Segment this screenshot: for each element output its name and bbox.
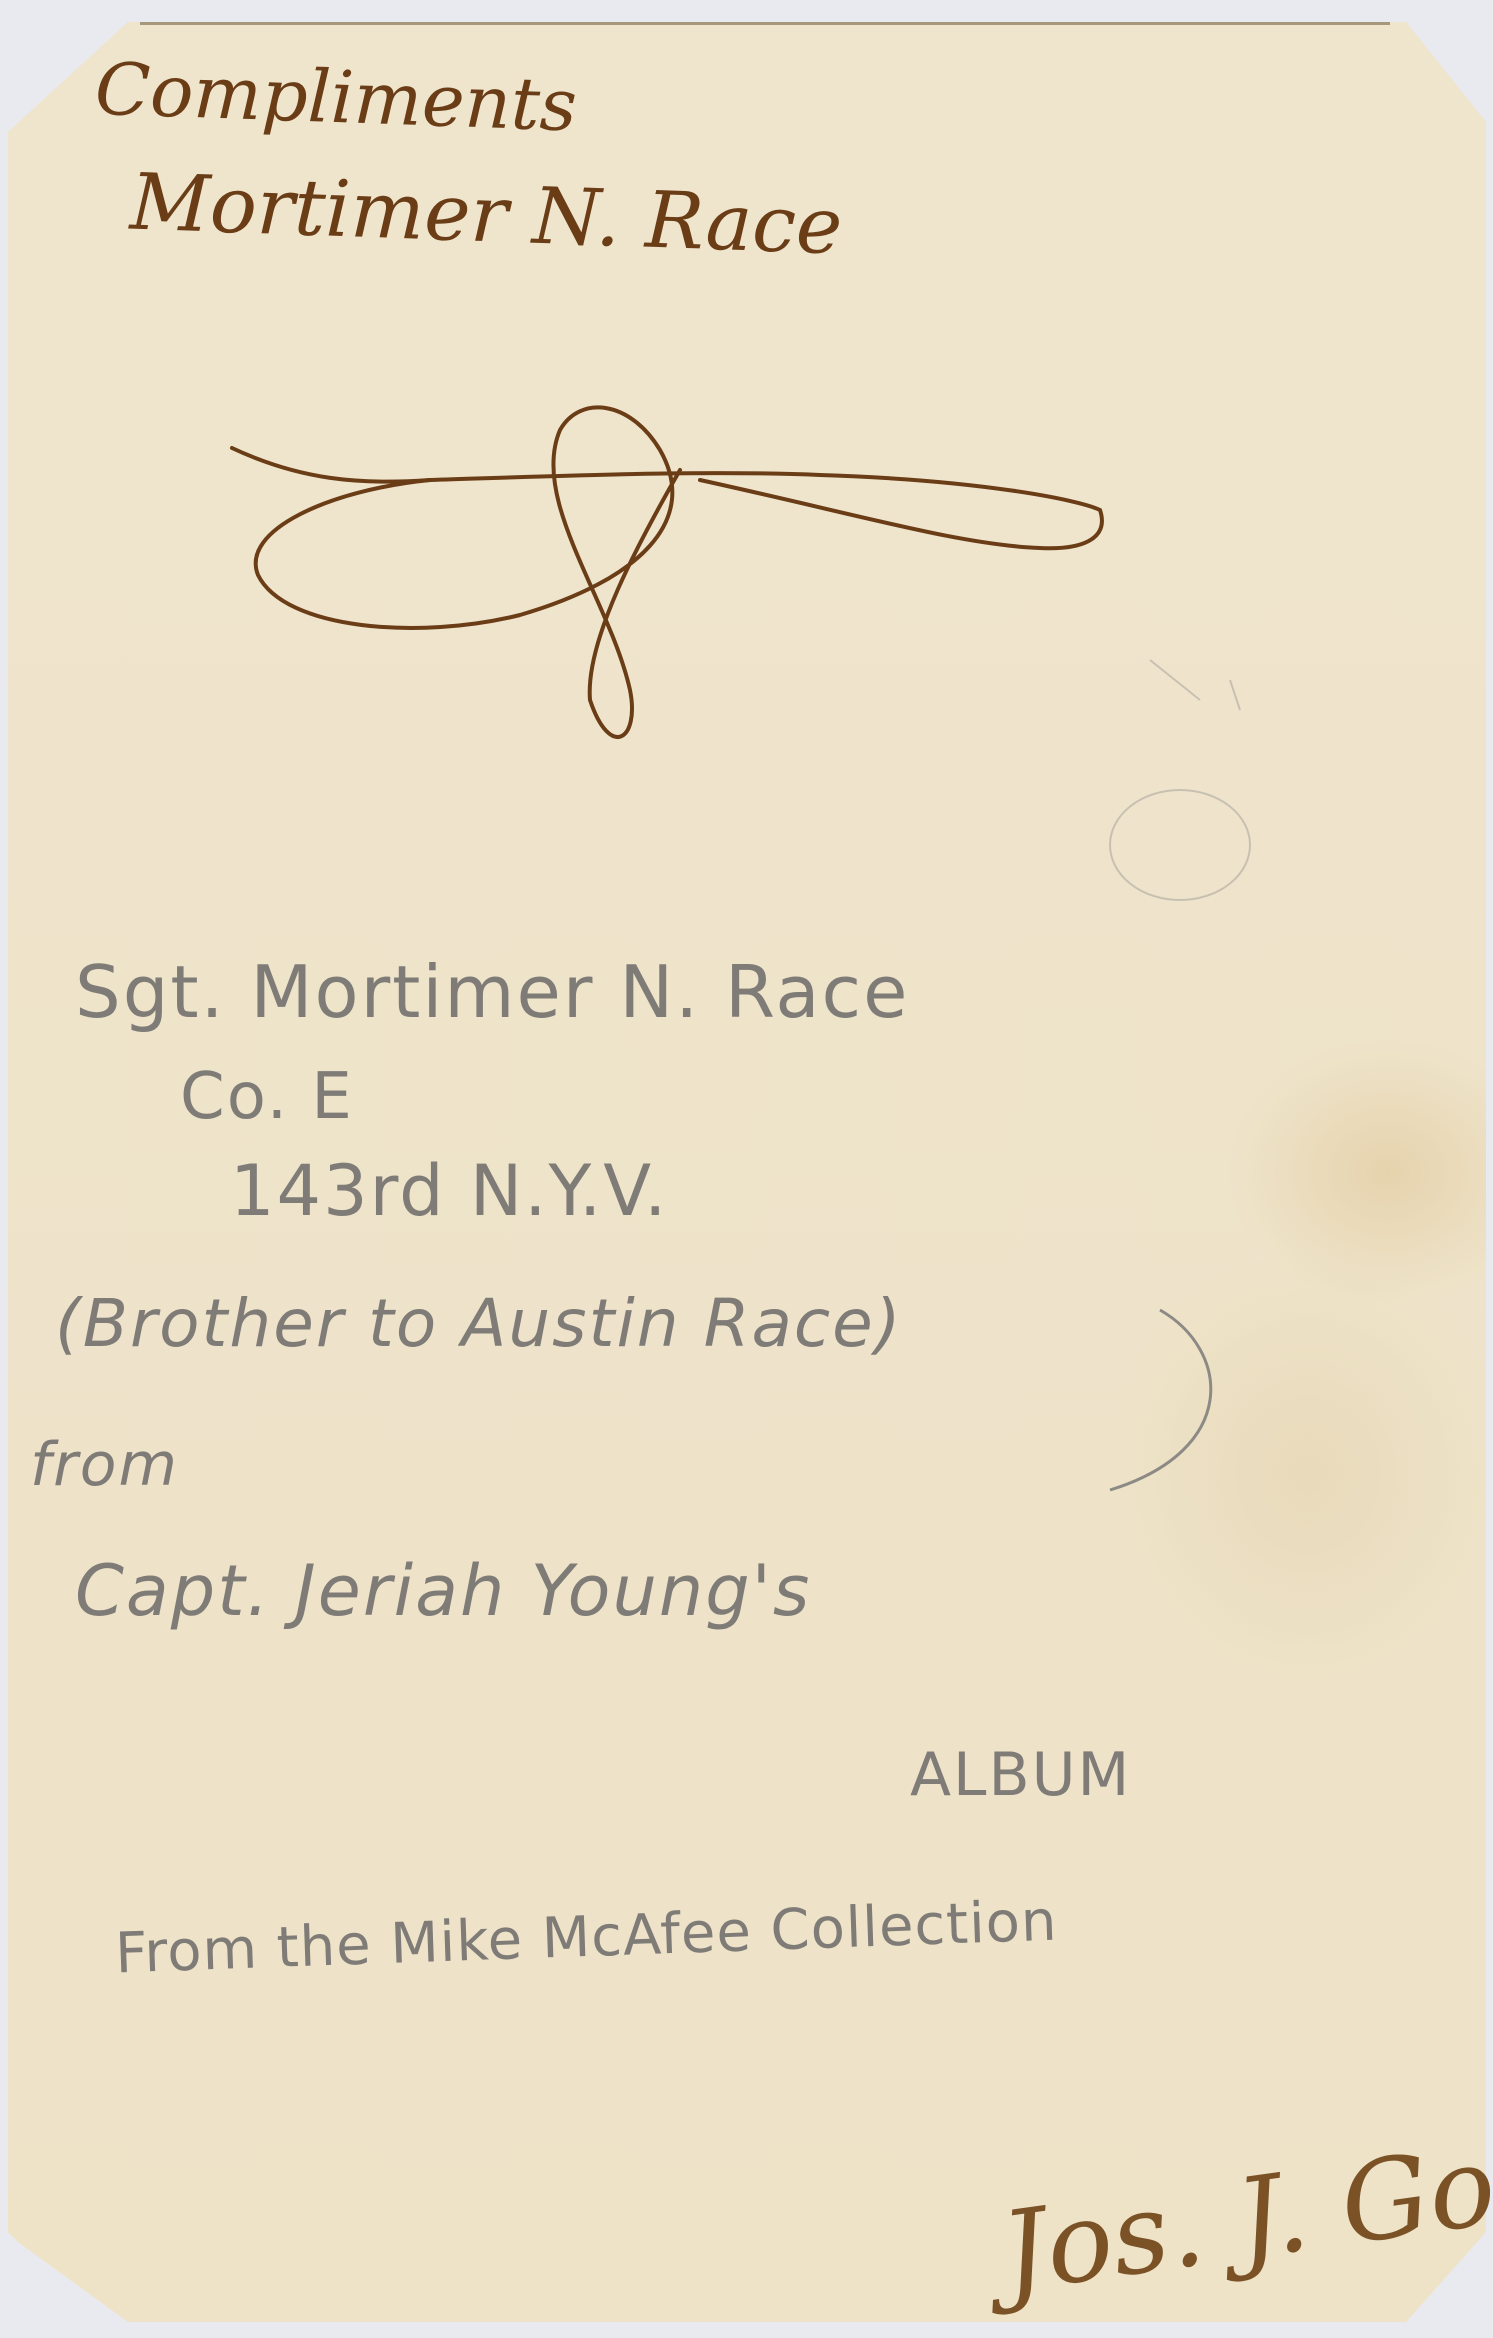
pencil-line-album-owner: Capt. Jeriah Young's (75, 1550, 811, 1632)
pencil-line-regiment: 143rd N.Y.V. (230, 1150, 668, 1232)
faint-pencil-circle-icon (1110, 660, 1250, 900)
pen-flourish-icon (0, 0, 1493, 2338)
pencil-line-album: Album (910, 1740, 1131, 1810)
pencil-line-name: Sgt. Mortimer N. Race (75, 950, 909, 1034)
pencil-line-brother: (Brother to Austin Race) (55, 1285, 903, 1362)
pencil-line-from: from (30, 1430, 179, 1500)
pencil-line-company: Co. E (180, 1060, 354, 1134)
